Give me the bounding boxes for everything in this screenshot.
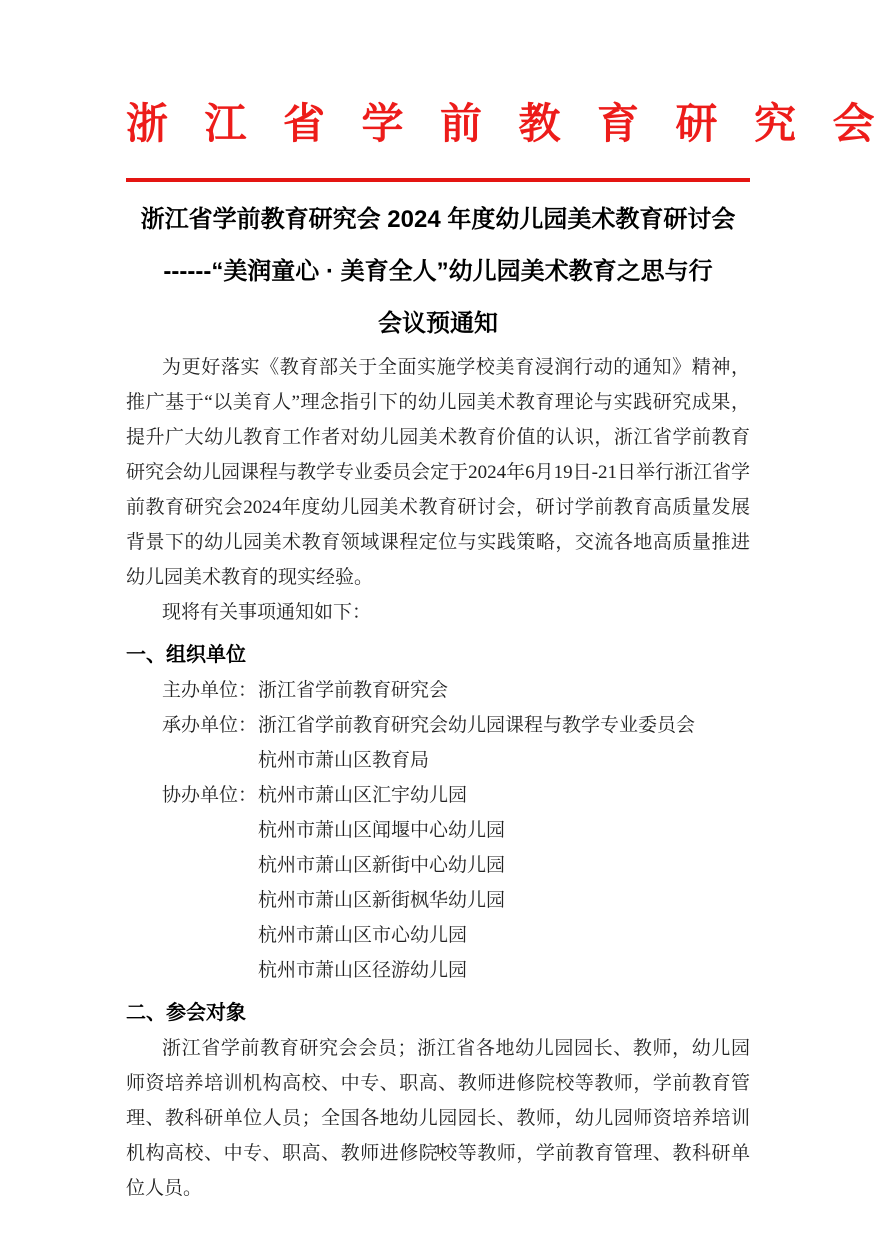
document-page: 浙 江 省 学 前 教 育 研 究 会 浙江省学前教育研究会 2024 年度幼儿… xyxy=(0,0,876,1242)
organizer-label-spacer xyxy=(162,918,258,953)
section-heading-organizers: 一、组织单位 xyxy=(126,638,750,673)
letterhead-rule xyxy=(126,178,750,182)
letterhead-org-name: 浙 江 省 学 前 教 育 研 究 会 xyxy=(126,94,750,156)
organizer-row: 杭州市萧山区市心幼儿园 xyxy=(126,918,750,953)
doc-title-line-1: 浙江省学前教育研究会 2024 年度幼儿园美术教育研讨会 xyxy=(126,194,750,246)
organizer-value: 杭州市萧山区新街中心幼儿园 xyxy=(258,848,750,883)
section-heading-participants: 二、参会对象 xyxy=(126,996,750,1031)
organizer-row: 主办单位： 浙江省学前教育研究会 xyxy=(126,673,750,708)
page-number: 1 xyxy=(0,1142,876,1159)
organizer-value: 浙江省学前教育研究会 xyxy=(258,673,750,708)
notice-lead: 现将有关事项通知如下： xyxy=(126,595,750,630)
organizer-value: 杭州市萧山区径游幼儿园 xyxy=(258,953,750,988)
doc-title-line-2: ------“美润童心 · 美育全人”幼儿园美术教育之思与行 xyxy=(126,246,750,298)
organizer-row: 杭州市萧山区闻堰中心幼儿园 xyxy=(126,813,750,848)
organizer-row: 杭州市萧山区新街中心幼儿园 xyxy=(126,848,750,883)
organizer-row: 杭州市萧山区新街枫华幼儿园 xyxy=(126,883,750,918)
organizer-value: 杭州市萧山区市心幼儿园 xyxy=(258,918,750,953)
organizer-value: 杭州市萧山区闻堰中心幼儿园 xyxy=(258,813,750,848)
organizer-label-spacer xyxy=(162,743,258,778)
organizer-value: 浙江省学前教育研究会幼儿园课程与教学专业委员会 xyxy=(258,708,750,743)
organizer-label: 协办单位： xyxy=(162,778,258,813)
document-title-block: 浙江省学前教育研究会 2024 年度幼儿园美术教育研讨会 ------“美润童心… xyxy=(126,194,750,350)
organizer-value: 杭州市萧山区新街枫华幼儿园 xyxy=(258,883,750,918)
doc-title-line-3: 会议预通知 xyxy=(126,298,750,350)
organizer-label-spacer xyxy=(162,848,258,883)
organizer-label: 主办单位： xyxy=(162,673,258,708)
organizer-row: 杭州市萧山区径游幼儿园 xyxy=(126,953,750,988)
participants-paragraph: 浙江省学前教育研究会会员；浙江省各地幼儿园园长、教师，幼儿园师资培养培训机构高校… xyxy=(126,1031,750,1206)
organizer-value: 杭州市萧山区教育局 xyxy=(258,743,750,778)
organizer-label-spacer xyxy=(162,953,258,988)
organizer-label: 承办单位： xyxy=(162,708,258,743)
organizer-label-spacer xyxy=(162,813,258,848)
organizer-row: 协办单位： 杭州市萧山区汇宇幼儿园 xyxy=(126,778,750,813)
intro-paragraph: 为更好落实《教育部关于全面实施学校美育浸润行动的通知》精神，推广基于“以美育人”… xyxy=(126,350,750,595)
organizer-row: 杭州市萧山区教育局 xyxy=(126,743,750,778)
organizer-value: 杭州市萧山区汇宇幼儿园 xyxy=(258,778,750,813)
organizer-row: 承办单位： 浙江省学前教育研究会幼儿园课程与教学专业委员会 xyxy=(126,708,750,743)
organizer-label-spacer xyxy=(162,883,258,918)
